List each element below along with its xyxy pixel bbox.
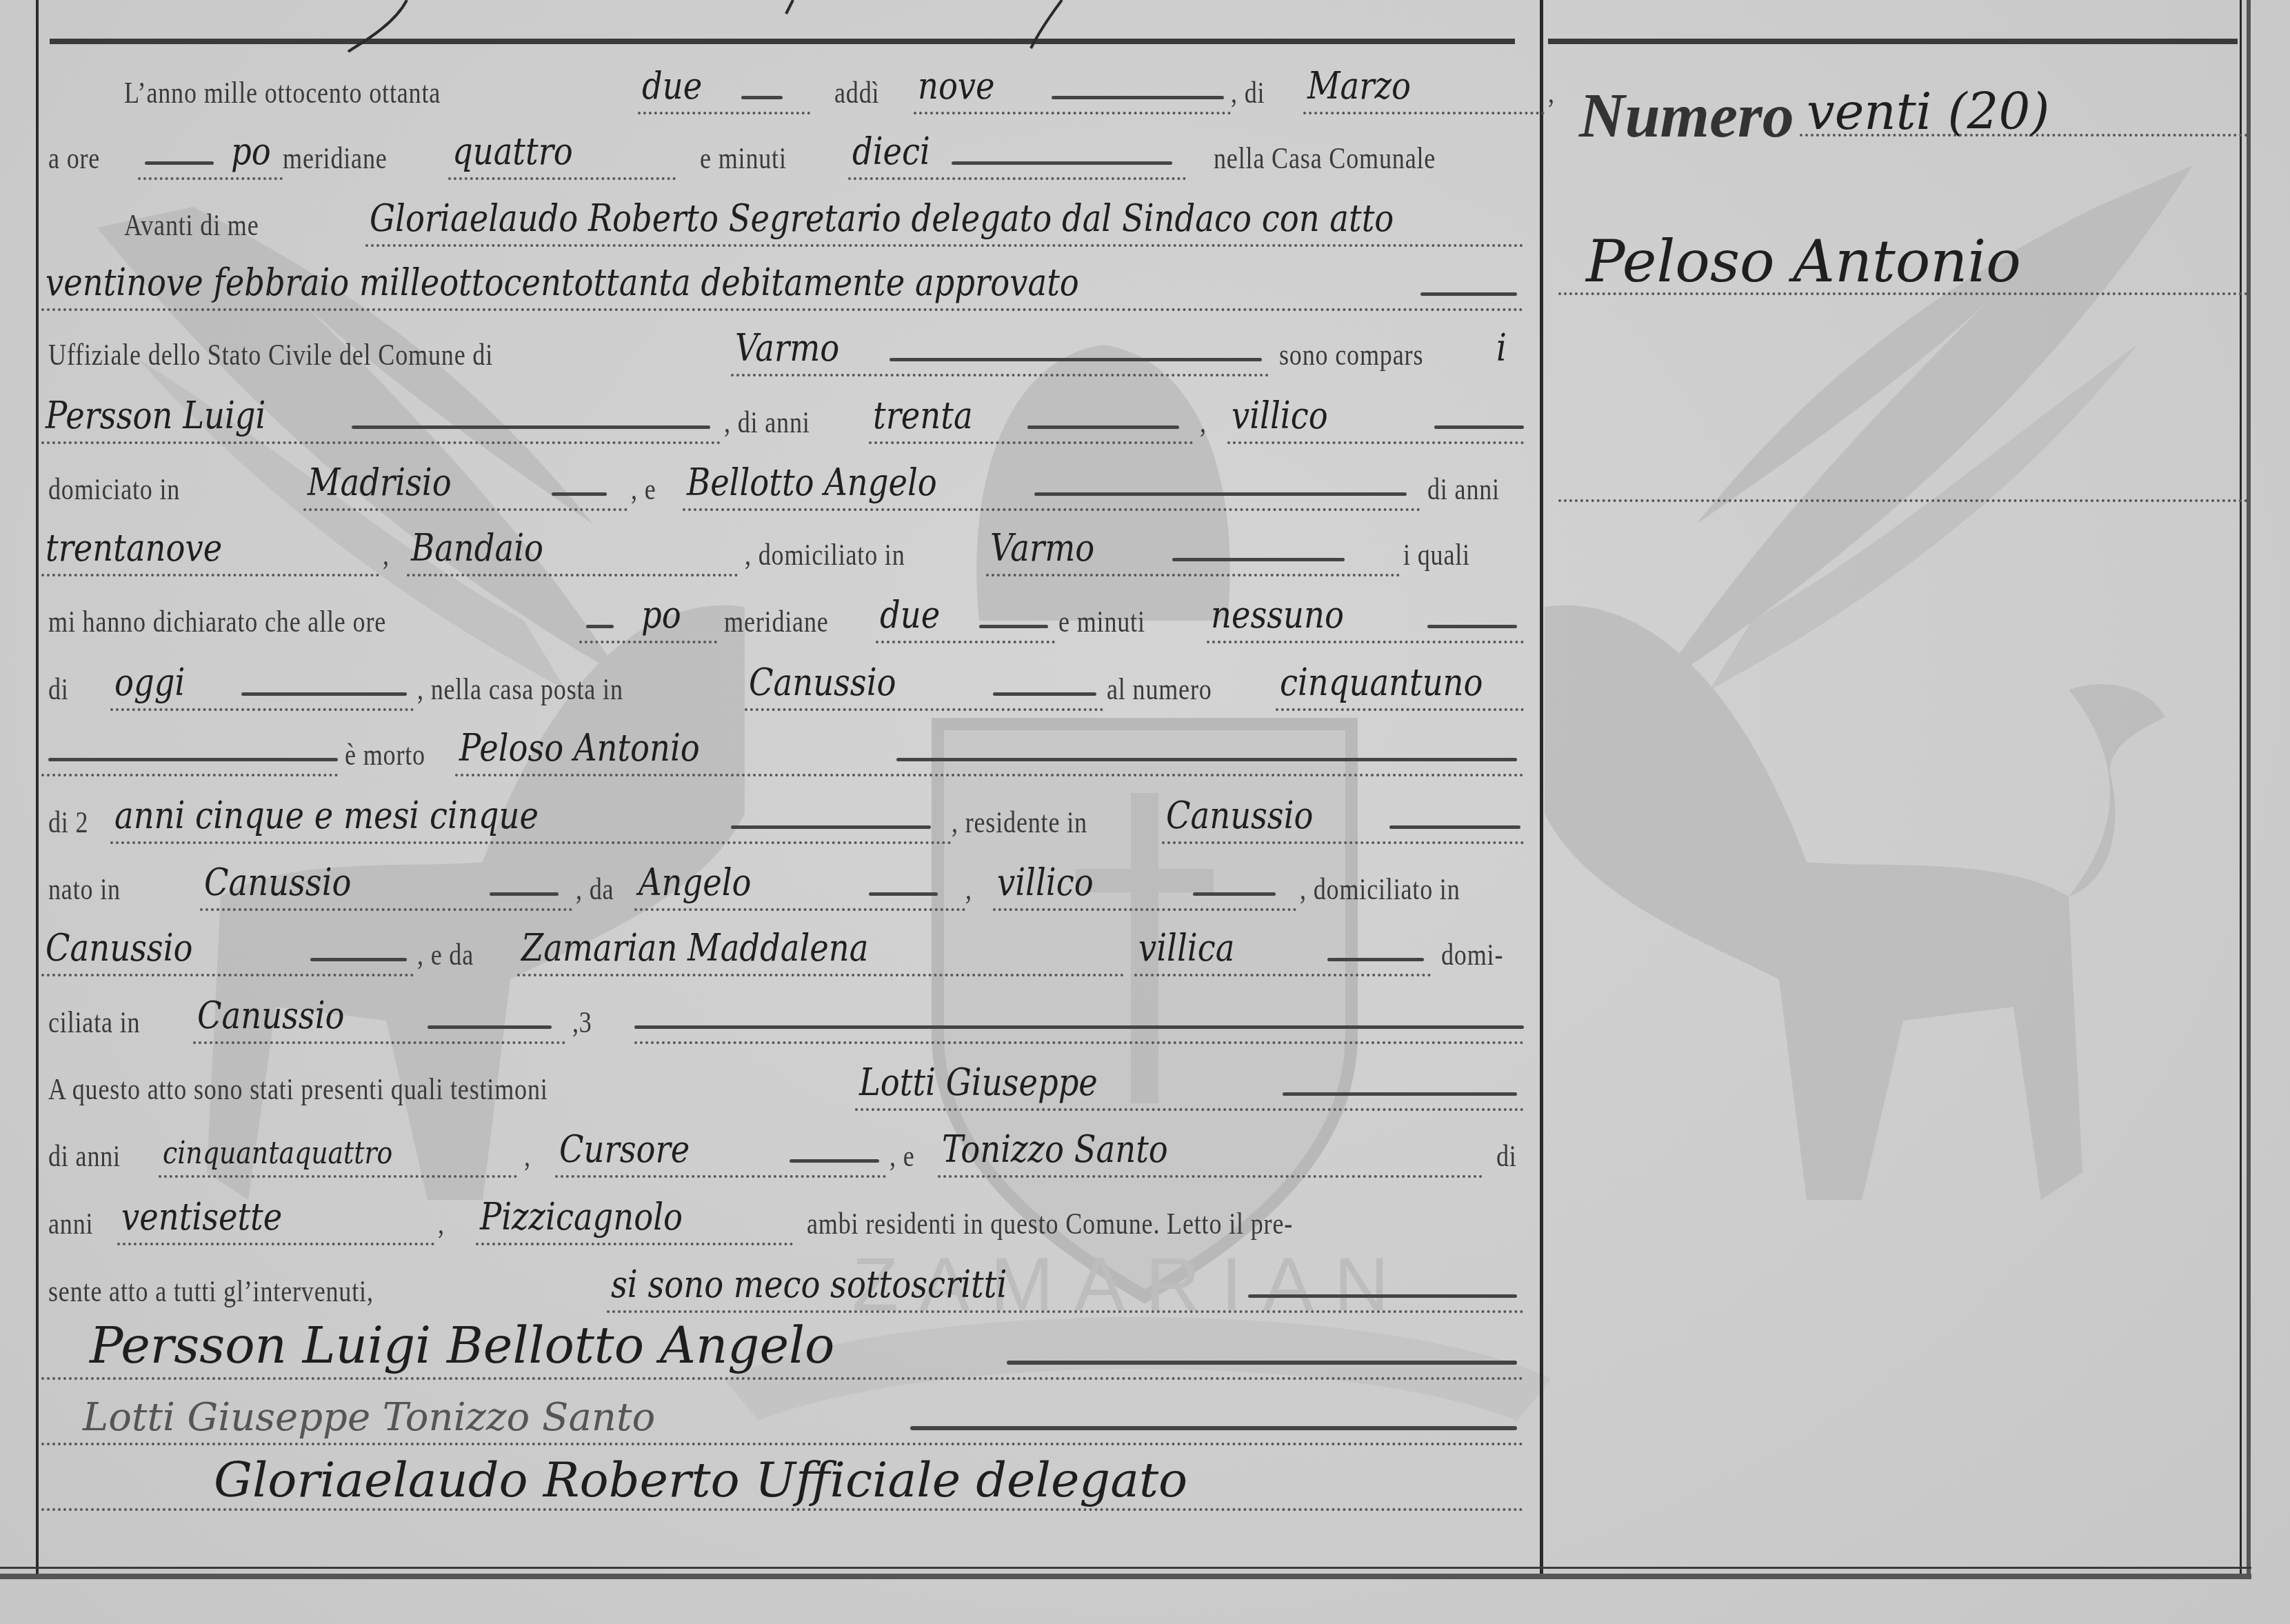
field-defunto-nome[interactable]: Peloso Antonio: [455, 725, 1524, 776]
hand-text: Bandaio: [411, 526, 543, 570]
hand-text: po: [231, 130, 271, 173]
field-padre-nome[interactable]: Angelo: [634, 860, 965, 911]
numero-value: venti (20): [1807, 83, 2049, 141]
printed-text: ,: [438, 1206, 445, 1241]
nome-defunto-field[interactable]: Peloso Antonio: [1558, 237, 2248, 295]
field-dichiarante-2-domicilio[interactable]: Varmo: [986, 525, 1400, 577]
left-border: [36, 0, 39, 1579]
row-madre-domicilio: ciliata in Canussio ,3: [41, 978, 1524, 1044]
hand-text: ventisette: [121, 1195, 282, 1239]
signature-row-2: Lotti Giuseppe Tonizzo Santo: [41, 1379, 1524, 1445]
hand-text: ventinove febbraio milleottocentottanta …: [46, 261, 1079, 304]
printed-text: nella Casa Comunale: [1214, 141, 1436, 176]
printed-text: ciliata in: [48, 1005, 140, 1040]
hand-text: due: [880, 593, 940, 636]
bottom-rule-thin: [0, 1567, 2251, 1569]
row-comune: Uffiziale dello Stato Civile del Comune …: [41, 310, 1524, 377]
printed-text: , residente in: [952, 805, 1087, 840]
column-divider: [1540, 0, 1543, 1579]
row-letto: sente atto a tutti gl’intervenuti, si so…: [41, 1247, 1524, 1313]
field-testimone-1-professione[interactable]: Cursore: [555, 1127, 886, 1178]
printed-text: ,3: [572, 1005, 592, 1040]
field-dichiarante-1-professione[interactable]: villico: [1227, 393, 1524, 444]
printed-text: , e: [631, 472, 656, 507]
row-dichiarante-1: Persson Luigi , di anni trenta , villico: [41, 378, 1524, 444]
field-residenza[interactable]: Canussio: [1162, 793, 1524, 844]
field-dichiarante-1-domicilio[interactable]: Madrisio: [303, 460, 627, 511]
field-giorno[interactable]: nove: [914, 63, 1231, 114]
bottom-rule-thick: [0, 1574, 2251, 1579]
row-madre: Canussio , e da Zamarian Maddalena villi…: [41, 910, 1524, 976]
hand-text: cinquantuno: [1280, 661, 1483, 704]
printed-text: A questo atto sono stati presenti quali …: [48, 1072, 548, 1107]
field-dichiarante-2-professione[interactable]: Bandaio: [407, 525, 738, 577]
row-testimoni-eta: di anni cinquantaquattro , Cursore , e T…: [41, 1112, 1524, 1178]
field-minuti-morte[interactable]: nessuno: [1207, 592, 1524, 643]
printed-text: , e: [890, 1139, 915, 1174]
printed-text: nato in: [48, 872, 121, 907]
hand-text: Varmo: [990, 526, 1094, 570]
row-testimoni-2: anni ventisette , Pizzicagnolo ambi resi…: [41, 1179, 1524, 1245]
field-giorno-morte[interactable]: oggi: [110, 660, 414, 711]
hand-text: Varmo: [735, 326, 839, 370]
hand-text: Gloriaelaudo Roberto Segretario delegato…: [370, 197, 1394, 240]
field-dichiarante-1-nome[interactable]: Persson Luigi: [41, 393, 721, 444]
hand-text: si sono meco sottoscritti: [611, 1263, 1007, 1306]
printed-text: ambi residenti in questo Comune. Letto i…: [807, 1206, 1293, 1241]
nome-defunto-value: Peloso Antonio: [1586, 228, 2021, 295]
hand-text: Angelo: [639, 861, 751, 904]
hand-text: Canussio: [197, 994, 345, 1037]
field-dichiarante-1-eta[interactable]: trenta: [869, 393, 1193, 444]
printed-text: Uffiziale dello Stato Civile del Comune …: [48, 337, 493, 372]
row-nascita-padre: nato in Canussio , da Angelo , villico ,…: [41, 845, 1524, 911]
row-avanti: Avanti di me Gloriaelaudo Roberto Segret…: [41, 181, 1524, 247]
printed-text: , di anni: [724, 405, 810, 440]
hand-text: i: [1496, 326, 1507, 370]
document-page: ZAMARIAN L’anno mille ottocento ottanta …: [0, 0, 2290, 1624]
printed-text: sente atto a tutti gl’intervenuti,: [48, 1274, 374, 1309]
field-blank-2[interactable]: [634, 993, 1524, 1044]
printed-text: domiciato in: [48, 472, 180, 507]
row-dichiarante-2: domiciato in Madrisio , e Bellotto Angel…: [41, 445, 1524, 511]
field-ora-po[interactable]: po: [579, 592, 717, 643]
printed-text: anni: [48, 1206, 93, 1241]
printed-text: a ore: [48, 141, 100, 176]
printed-text: addì: [834, 75, 879, 110]
printed-text: di anni: [48, 1139, 121, 1174]
printed-text: Avanti di me: [124, 208, 259, 243]
field-ufficiale[interactable]: Gloriaelaudo Roberto Segretario delegato…: [365, 196, 1524, 247]
printed-text: è morto: [345, 737, 425, 772]
printed-text: e minuti: [700, 141, 787, 176]
field-padre-professione[interactable]: villico: [993, 860, 1296, 911]
printed-text: al numero: [1107, 672, 1212, 707]
printed-text: , da: [576, 872, 614, 907]
right-panel: Numero venti (20) Peloso Antonio: [1545, 44, 2240, 1567]
hand-text: cinquantaquattro: [163, 1136, 392, 1171]
row-testimoni: A questo atto sono stati presenti quali …: [41, 1045, 1524, 1111]
top-rule-right: [1548, 39, 2238, 44]
signature-dichiaranti: Persson Luigi Bellotto Angelo: [41, 1329, 1524, 1380]
field-ore-po[interactable]: po: [138, 129, 283, 180]
hand-text: Marzo: [1307, 64, 1411, 108]
hand-text: Persson Luigi: [46, 394, 265, 437]
hand-text: Tonizzo Santo: [942, 1127, 1168, 1171]
hand-text: villica: [1138, 926, 1234, 970]
field-ora-morte[interactable]: due: [876, 592, 1055, 643]
hand-text: nessuno: [1211, 593, 1344, 636]
field-numero-civico[interactable]: cinquantuno: [1276, 660, 1524, 711]
row-ore: a ore po meridiane quattro e minuti diec…: [41, 114, 1524, 180]
field-madre-nome[interactable]: Zamarian Maddalena: [517, 925, 1124, 976]
field-casa-luogo[interactable]: Canussio: [745, 660, 1103, 711]
field-luogo-nascita[interactable]: Canussio: [200, 860, 572, 911]
row-defunto: è morto Peloso Antonio: [41, 710, 1524, 776]
printed-text: , nella casa posta in: [417, 672, 623, 707]
numero-label: Numero: [1579, 79, 1794, 152]
field-anno[interactable]: due: [638, 63, 810, 114]
hand-text: oggi: [114, 661, 185, 704]
row-ora-morte: mi hanno dichiarato che alle ore po meri…: [41, 577, 1524, 643]
hand-text: Zamarian Maddalena: [521, 926, 868, 970]
printed-text: meridiane: [724, 604, 829, 639]
printed-text: i quali: [1403, 537, 1470, 572]
printed-text: meridiane: [283, 141, 388, 176]
field-atto-delega[interactable]: ventinove febbraio milleottocentottanta …: [41, 260, 1524, 311]
field-madre-domicilio[interactable]: Canussio: [193, 993, 565, 1044]
hand-text: Bellotto Angelo: [687, 461, 937, 504]
field-dichiarante-2-eta[interactable]: trentanove: [41, 525, 379, 577]
hand-text: villico: [997, 861, 1094, 904]
signature-text: Lotti Giuseppe Tonizzo Santo: [83, 1395, 655, 1440]
row-luogo-morte: di oggi , nella casa posta in Canussio a…: [41, 645, 1524, 711]
field-sottoscrizione[interactable]: si sono meco sottoscritti: [607, 1262, 1524, 1313]
hand-text: Cursore: [559, 1127, 690, 1171]
hand-text: due: [642, 64, 702, 108]
numero-field[interactable]: venti (20): [1800, 92, 2248, 137]
top-handwriting-fragment: [0, 0, 1551, 55]
printed-text: di anni: [1427, 472, 1500, 507]
printed-text: , domiciliato in: [745, 537, 905, 572]
hand-text: Canussio: [204, 861, 352, 904]
signature-text: Persson Luigi Bellotto Angelo: [90, 1316, 834, 1374]
hand-text: po: [641, 593, 681, 636]
printed-text: domi-: [1441, 937, 1503, 972]
signature-text: Gloriaelaudo Roberto Ufficiale delegato: [214, 1452, 1187, 1508]
empty-field[interactable]: [1558, 472, 2248, 502]
field-minuti[interactable]: dieci: [848, 129, 1186, 180]
row-dichiarante-2b: trentanove , Bandaio , domiciliato in Va…: [41, 510, 1524, 577]
field-testimone-2-nome[interactable]: Tonizzo Santo: [938, 1127, 1483, 1178]
field-testimone-2-eta[interactable]: ventisette: [117, 1194, 434, 1245]
field-mese[interactable]: Marzo: [1303, 63, 1545, 114]
field-testimone-1-nome[interactable]: Lotti Giuseppe: [855, 1060, 1524, 1111]
row-eta-defunto: di 2 anni cinque e mesi cinque , residen…: [41, 778, 1524, 844]
printed-text: , e da: [417, 937, 474, 972]
printed-text: mi hanno dichiarato che alle ore: [48, 604, 386, 639]
printed-text: sono compars: [1279, 337, 1423, 372]
signature-ufficiale: Gloriaelaudo Roberto Ufficiale delegato: [41, 1460, 1524, 1511]
printed-text: ,: [965, 872, 972, 907]
signature-testimoni: Lotti Giuseppe Tonizzo Santo: [41, 1394, 1524, 1445]
printed-text: L’anno mille ottocento ottanta: [124, 75, 441, 110]
hand-text: dieci: [852, 130, 930, 173]
row-atto-delega: ventinove febbraio milleottocentottanta …: [41, 245, 1524, 311]
signature-row-3: Gloriaelaudo Roberto Ufficiale delegato: [41, 1445, 1524, 1511]
printed-text: ,: [383, 537, 390, 572]
printed-text: e minuti: [1058, 604, 1145, 639]
hand-text: Madrisio: [308, 461, 452, 504]
printed-text: di: [1496, 1139, 1517, 1174]
hand-text: villico: [1232, 394, 1328, 437]
hand-text: trenta: [873, 394, 973, 437]
hand-text: Lotti Giuseppe: [859, 1061, 1098, 1104]
field-madre-professione[interactable]: villica: [1134, 925, 1431, 976]
hand-text: Pizzicagnolo: [480, 1195, 683, 1239]
printed-text: , domiciliato in: [1300, 872, 1460, 907]
printed-text: di: [48, 672, 69, 707]
hand-text: Canussio: [1166, 794, 1314, 837]
field-padre-domicilio[interactable]: Canussio: [41, 925, 414, 976]
printed-text: , di: [1231, 75, 1265, 110]
signature-row-1: Persson Luigi Bellotto Angelo: [41, 1314, 1524, 1380]
hand-text: anni cinque e mesi cinque: [114, 794, 539, 837]
field-testimone-1-eta[interactable]: cinquantaquattro: [159, 1127, 517, 1178]
field-ore[interactable]: quattro: [448, 129, 676, 180]
hand-text: Canussio: [46, 926, 193, 970]
printed-text: ,: [524, 1139, 531, 1174]
hand-text: quattro: [452, 130, 573, 173]
hand-text: trentanove: [46, 526, 222, 570]
field-comune[interactable]: Varmo: [731, 325, 1269, 377]
field-eta-defunto[interactable]: anni cinque e mesi cinque: [110, 793, 952, 844]
field-testimone-2-professione[interactable]: Pizzicagnolo: [476, 1194, 793, 1245]
field-dichiarante-2-nome[interactable]: Bellotto Angelo: [683, 460, 1420, 511]
hand-text: Canussio: [749, 661, 896, 704]
printed-text: di 2: [48, 805, 88, 840]
hand-text: Peloso Antonio: [459, 726, 700, 770]
row-anno: L’anno mille ottocento ottanta due addì …: [41, 48, 1524, 114]
field-blank[interactable]: [41, 725, 338, 776]
hand-text: nove: [918, 64, 995, 108]
printed-text: ,: [1200, 405, 1207, 440]
